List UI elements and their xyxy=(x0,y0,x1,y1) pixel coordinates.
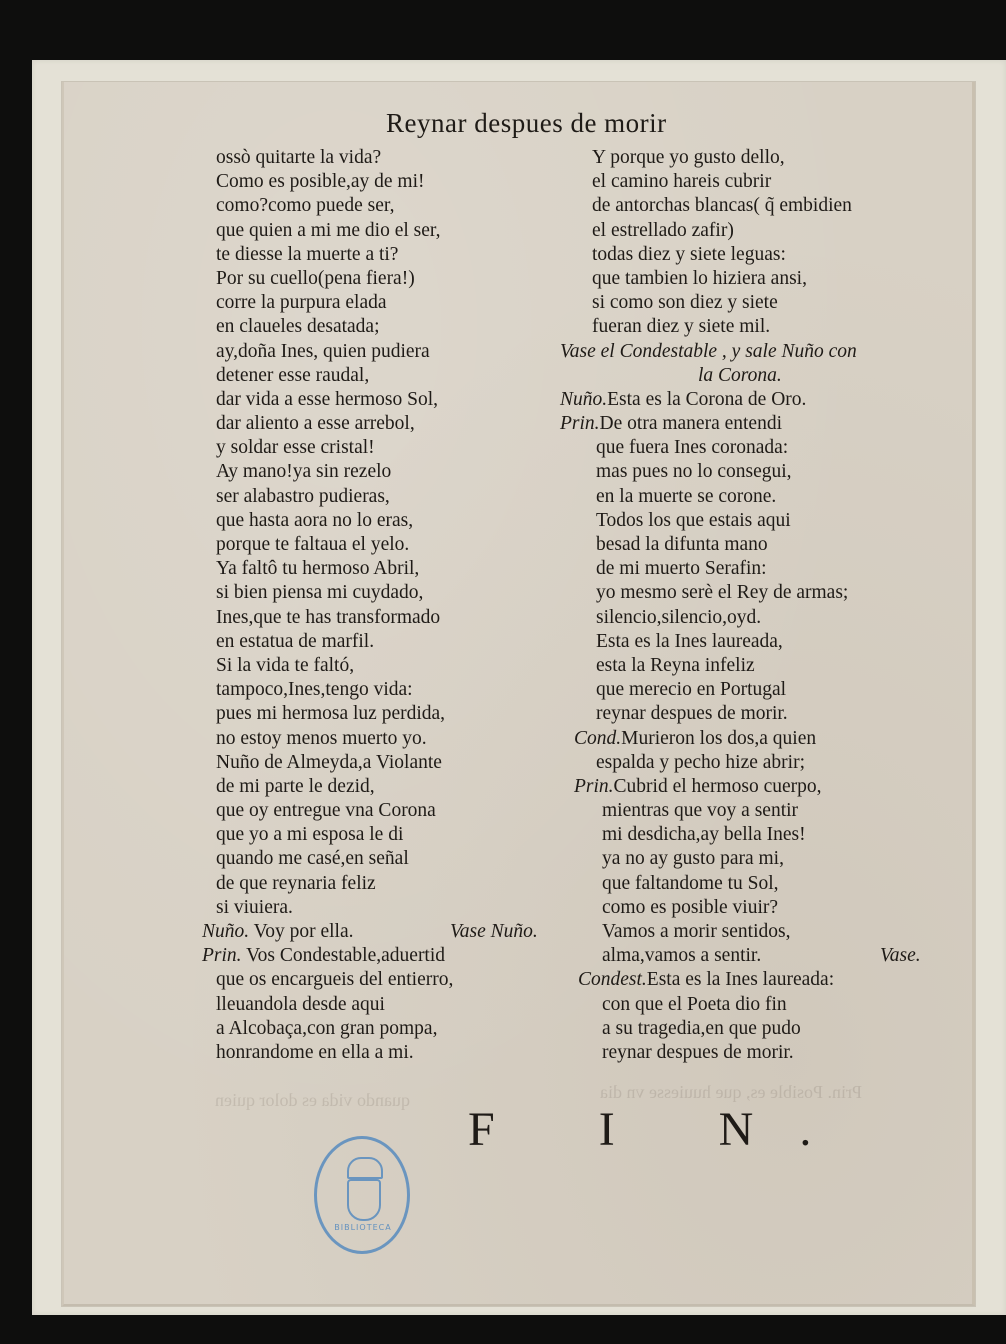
speaker-label: Prin. xyxy=(574,776,614,797)
stage-direction: Vase Nuño. xyxy=(450,920,538,944)
speaker-label: Cond. xyxy=(574,728,621,749)
verse-line: que os encargueis del entierro, xyxy=(216,968,453,992)
verse-text: Esta es la Ines laureada: xyxy=(647,969,834,990)
verse-line: de que reynaria feliz xyxy=(216,872,453,896)
verse-line: de mi muerto Serafin: xyxy=(560,557,857,581)
speaker-label: Condest. xyxy=(578,969,647,990)
verse-line: el estrellado zafir) xyxy=(560,219,857,243)
library-stamp: BIBLIOTECA xyxy=(314,1136,410,1254)
verse-line: reynar despues de morir. xyxy=(560,702,857,726)
verse-line: tampoco,Ines,tengo vida: xyxy=(216,678,453,702)
dialogue-line: Nuño. Voy por ella. Vase Nuño. xyxy=(202,920,453,944)
dialogue-line: Prin. Vos Condestable,aduertid xyxy=(202,944,453,968)
verse-line: Nuño de Almeyda,a Violante xyxy=(216,751,453,775)
verse-line: quando me casé,en señal xyxy=(216,847,453,871)
bleed-through-text: Prin. Posible es, que huuiesse vn dia xyxy=(600,1082,862,1103)
verse-line: silencio,silencio,oyd. xyxy=(560,606,857,630)
verse-line: Como es posible,ay de mi! xyxy=(216,170,453,194)
verse-line: con que el Poeta dio fin xyxy=(560,993,857,1017)
verse-line: fueran diez y siete mil. xyxy=(560,315,857,339)
verse-line: dar vida a esse hermoso Sol, xyxy=(216,388,453,412)
dialogue-line: Prin.De otra manera entendi xyxy=(560,412,857,436)
bleed-through-text: quando vida es dolor quien xyxy=(215,1090,410,1111)
verse-line: honrandome en ella a mi. xyxy=(216,1041,453,1065)
verse-line: no estoy menos muerto yo. xyxy=(216,727,453,751)
verse-line: Ines,que te has transformado xyxy=(216,606,453,630)
stamp-text: BIBLIOTECA xyxy=(325,1223,401,1232)
speaker-label: Nuño. xyxy=(560,389,607,410)
dialogue-line: Nuño.Esta es la Corona de Oro. xyxy=(560,388,857,412)
coat-of-arms-icon xyxy=(347,1179,381,1221)
verse-line: en estatua de marfil. xyxy=(216,630,453,654)
verse-line: que fuera Ines coronada: xyxy=(560,436,857,460)
verse-line: Y porque yo gusto dello, xyxy=(560,146,857,170)
verse-line: yo mesmo serè el Rey de armas; xyxy=(560,581,857,605)
verse-line: Si la vida te faltó, xyxy=(216,654,453,678)
verse-line: ay,doña Ines, quien pudiera xyxy=(216,340,453,364)
verse-line: a Alcobaça,con gran pompa, xyxy=(216,1017,453,1041)
verse-line: ossò quitarte la vida? xyxy=(216,146,453,170)
verse-line: de mi parte le dezid, xyxy=(216,775,453,799)
verse-line: lleuandola desde aqui xyxy=(216,993,453,1017)
verse-line: el camino hareis cubrir xyxy=(560,170,857,194)
speaker-label: Nuño. xyxy=(202,921,249,942)
verse-text: Esta es la Corona de Oro. xyxy=(607,389,806,410)
dialogue-line: Condest.Esta es la Ines laureada: xyxy=(560,968,857,992)
verse-line: Ya faltô tu hermoso Abril, xyxy=(216,557,453,581)
right-column: Y porque yo gusto dello, el camino harei… xyxy=(560,146,857,1065)
verse-line: que merecio en Portugal xyxy=(560,678,857,702)
stage-direction: la Corona. xyxy=(560,364,857,388)
verse-line: dar aliento a esse arrebol, xyxy=(216,412,453,436)
verse-line: pues mi hermosa luz perdida, xyxy=(216,702,453,726)
verse-text: De otra manera entendi xyxy=(600,413,782,434)
dialogue-line: alma,vamos a sentir. Vase. xyxy=(560,944,857,968)
document-viewer: Prin. Posible es, que huuiesse vn dia qu… xyxy=(0,0,1006,1344)
verse-line: si bien piensa mi cuydado, xyxy=(216,581,453,605)
verse-line: Ay mano!ya sin rezelo xyxy=(216,460,453,484)
verse-line: en la muerte se corone. xyxy=(560,485,857,509)
left-column: ossò quitarte la vida? Como es posible,a… xyxy=(216,146,453,1065)
dialogue-line: Cond.Murieron los dos,a quien xyxy=(560,727,857,751)
verse-line: que faltandome tu Sol, xyxy=(560,872,857,896)
verse-line: si viuiera. xyxy=(216,896,453,920)
verse-line: te diesse la muerte a ti? xyxy=(216,243,453,267)
verse-line: de antorchas blancas( q̃ embidien xyxy=(560,194,857,218)
crown-icon xyxy=(347,1157,383,1179)
verse-line: detener esse raudal, xyxy=(216,364,453,388)
stage-direction: Vase. xyxy=(880,944,921,968)
verse-line: corre la purpura elada xyxy=(216,291,453,315)
speaker-label: Prin. xyxy=(560,413,600,434)
verse-line: si como son diez y siete xyxy=(560,291,857,315)
verse-line: y soldar esse cristal! xyxy=(216,436,453,460)
verse-line: reynar despues de morir. xyxy=(560,1041,857,1065)
verse-line: besad la difunta mano xyxy=(560,533,857,557)
verse-text: Voy por ella. xyxy=(254,921,354,942)
verse-line: Todos los que estais aqui xyxy=(560,509,857,533)
verse-line: como?como puede ser, xyxy=(216,194,453,218)
verse-line: a su tragedia,en que pudo xyxy=(560,1017,857,1041)
verse-line: que hasta aora no lo eras, xyxy=(216,509,453,533)
verse-line: esta la Reyna infeliz xyxy=(560,654,857,678)
verse-line: que quien a mi me dio el ser, xyxy=(216,219,453,243)
verse-line: mi desdicha,ay bella Ines! xyxy=(560,823,857,847)
verse-line: Esta es la Ines laureada, xyxy=(560,630,857,654)
verse-line: todas diez y siete leguas: xyxy=(560,243,857,267)
verse-line: Por su cuello(pena fiera!) xyxy=(216,267,453,291)
verse-line: en claueles desatada; xyxy=(216,315,453,339)
verse-line: ya no ay gusto para mi, xyxy=(560,847,857,871)
verse-line: mientras que voy a sentir xyxy=(560,799,857,823)
verse-text: alma,vamos a sentir. xyxy=(602,945,761,966)
speaker-label: Prin. xyxy=(202,945,242,966)
verse-line: que tambien lo hiziera ansi, xyxy=(560,267,857,291)
verse-text: Murieron los dos,a quien xyxy=(621,728,816,749)
verse-text: Vos Condestable,aduertid xyxy=(246,945,445,966)
verse-line: mas pues no lo consegui, xyxy=(560,460,857,484)
end-mark: F I N. xyxy=(468,1102,857,1157)
verse-line: como es posible viuir? xyxy=(560,896,857,920)
verse-text: Cubrid el hermoso cuerpo, xyxy=(614,776,822,797)
stage-direction: Vase el Condestable , y sale Nuño con xyxy=(560,340,857,364)
running-title: Reynar despues de morir xyxy=(386,108,667,139)
verse-line: Vamos a morir sentidos, xyxy=(560,920,857,944)
verse-line: porque te faltaua el yelo. xyxy=(216,533,453,557)
dialogue-line: Prin.Cubrid el hermoso cuerpo, xyxy=(560,775,857,799)
verse-line: que oy entregue vna Corona xyxy=(216,799,453,823)
verse-line: espalda y pecho hize abrir; xyxy=(560,751,857,775)
verse-line: que yo a mi esposa le di xyxy=(216,823,453,847)
verse-line: ser alabastro pudieras, xyxy=(216,485,453,509)
